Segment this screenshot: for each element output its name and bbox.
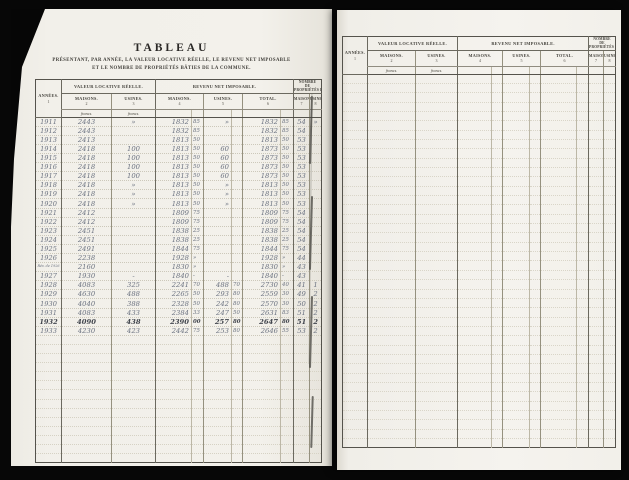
table-cell [458,177,492,186]
table-cell [112,426,156,435]
table-cell [368,289,416,298]
table-cell [530,140,541,149]
table-cell [503,382,530,391]
table-cell [541,102,577,111]
table-row: 191724181001813506018735053 [36,172,322,181]
table-cell [243,354,281,363]
year-cell: 1917 [36,172,62,181]
table-cell: 1813 [156,181,192,190]
table-cell [204,135,232,144]
table-cell [204,208,232,217]
table-cell [36,417,62,426]
header-group-vlr: VALEUR LOCATIVE RÉELLE. [62,80,156,94]
table-cell: 1813 [156,135,192,144]
table-cell [530,83,541,92]
table-cell [492,93,503,102]
table-cell: 2559 [243,290,281,299]
table-cell: 100 [112,163,156,172]
table-cell [604,336,616,345]
table-cell [541,354,577,363]
table-row: 1913241318135018135053 [36,135,322,144]
empty-row [343,121,616,130]
table-cell [368,242,416,251]
table-cell [492,373,503,382]
table-cell [343,74,368,83]
table-cell [492,392,503,401]
table-cell [541,261,577,270]
table-cell [589,336,604,345]
table-cell: 51 [294,317,310,326]
table-cell [503,410,530,419]
table-cell [577,177,589,186]
table-cell [577,196,589,205]
table-cell [541,205,577,214]
table-cell [310,381,322,390]
table-row: 1930404038823285024280257030502 [36,299,322,308]
table-cell [232,408,243,417]
table-cell [458,280,492,289]
table-cell [530,401,541,410]
table-cell: 2412 [62,208,112,217]
table-cell [503,270,530,279]
empty-row [343,111,616,120]
year-cell: 1929 [36,290,62,299]
year-cell: 1921 [36,208,62,217]
table-cell [232,217,243,226]
empty-row [343,224,616,233]
table-cell [503,205,530,214]
table-cell [541,373,577,382]
table-cell [503,186,530,195]
year-cell: 1930 [36,299,62,308]
table-cell: » [281,263,294,272]
table-cell [503,429,530,438]
table-cell [112,335,156,344]
table-cell [156,408,192,417]
table-cell: 242 [204,299,232,308]
table-cell [458,205,492,214]
table-cell [604,261,616,270]
table-cell: 80 [232,290,243,299]
table-cell [416,102,458,111]
table-cell [112,235,156,244]
table-cell [368,168,416,177]
table-cell: 1813 [156,163,192,172]
table-cell [294,381,310,390]
table-cell [112,126,156,135]
table-cell [156,363,192,372]
table-cell [492,158,503,167]
table-cell [492,111,503,120]
table-cell [492,364,503,373]
table-cell [589,214,604,223]
table-cell: 2265 [156,290,192,299]
table-cell [343,149,368,158]
table-cell [458,111,492,120]
table-cell [541,270,577,279]
table-row: 1922241218097518097554 [36,217,322,226]
table-cell [589,168,604,177]
subheader-nb-maisons: MAISONS. 7 [589,50,604,66]
table-cell [530,111,541,120]
table-cell: 1809 [243,208,281,217]
table-cell [156,399,192,408]
table-cell [530,205,541,214]
table-cell [232,272,243,281]
table-cell [368,354,416,363]
table-cell [232,372,243,381]
table-cell [36,399,62,408]
empty-row [36,344,322,353]
subheader-vlr-maisons: MAISONS. 2 [62,93,112,109]
table-cell [530,186,541,195]
empty-row [343,280,616,289]
table-cell [458,121,492,130]
table-cell: - [204,272,232,281]
table-cell [503,401,530,410]
table-cell: 4230 [62,326,112,335]
table-cell: 53 [294,144,310,153]
table-cell: 1840 [156,272,192,281]
table-cell [232,454,243,463]
empty-row [36,390,322,399]
table-cell [492,401,503,410]
table-cell: 488 [204,281,232,290]
table-cell [530,317,541,326]
table-cell: 30 [281,290,294,299]
table-cell [416,252,458,261]
table-cell [458,317,492,326]
table-cell [192,426,204,435]
table-cell: 2413 [62,135,112,144]
table-cell [62,399,112,408]
table-cell [492,224,503,233]
table-cell [577,261,589,270]
table-cell [204,235,232,244]
subheader-rni-maisons: MAISONS. 4 [156,93,204,109]
table-cell: 53 [294,153,310,162]
table-cell [232,344,243,353]
table-cell [492,177,503,186]
table-cell [294,426,310,435]
table-cell: 50 [192,199,204,208]
header-annees: ANNÉES. 1 [36,80,62,118]
table-cell [458,373,492,382]
table-cell [541,308,577,317]
table-cell [492,186,503,195]
table-cell [458,420,492,429]
empty-row [343,93,616,102]
table-cell [589,298,604,307]
table-cell: 1813 [156,153,192,162]
table-cell [577,149,589,158]
table-cell [204,217,232,226]
table-cell [243,335,281,344]
table-cell: 50 [232,308,243,317]
table-cell [589,382,604,391]
table-cell: 50 [281,163,294,172]
table-cell: 1873 [243,163,281,172]
subheader-rni-total: TOTAL. 6 [541,50,589,66]
table-row: 192622381928»1928»44 [36,254,322,263]
table-cell: 50 [192,163,204,172]
table-cell [541,111,577,120]
table-cell: 100 [112,153,156,162]
table-cell [604,354,616,363]
table-cell [503,177,530,186]
table-cell [541,289,577,298]
table-cell [343,102,368,111]
table-cell [294,354,310,363]
subheader-nb-maisons: MAISONS. 7 [294,93,310,109]
table-cell: 75 [281,217,294,226]
year-cell: 1926 [36,254,62,263]
table-cell [492,298,503,307]
right-table-body [343,74,616,448]
table-cell: 1930 [62,272,112,281]
table-cell [416,130,458,139]
table-cell [589,308,604,317]
table-cell [530,214,541,223]
table-cell [589,74,604,83]
table-cell [577,354,589,363]
table-cell: » [112,117,156,126]
table-cell [243,344,281,353]
table-cell [541,130,577,139]
table-cell: 44 [294,254,310,263]
table-cell [416,205,458,214]
subheader-nb-usines: USINES. 8 [604,50,616,66]
left-table-body: 19112443»183285»18328554»191224431832851… [36,117,322,463]
table-cell [343,93,368,102]
table-cell [310,163,322,172]
table-cell [577,289,589,298]
table-cell: 247 [204,308,232,317]
table-cell [416,392,458,401]
table-cell [368,280,416,289]
table-cell: 2418 [62,199,112,208]
table-cell [492,289,503,298]
table-cell [604,317,616,326]
table-cell [343,140,368,149]
year-cell: 1922 [36,217,62,226]
table-cell: 53 [294,199,310,208]
table-cell [589,317,604,326]
table-cell [458,401,492,410]
year-cell: 1932 [36,317,62,326]
table-cell: 1813 [156,199,192,208]
table-cell [416,354,458,363]
table-cell: 70 [192,281,204,290]
table-cell [492,140,503,149]
subheader-rni-total: TOTAL. 6 [243,93,294,109]
table-cell [458,364,492,373]
table-cell [541,233,577,242]
table-cell: 1813 [156,144,192,153]
table-row: 19182418»181350»18135053 [36,181,322,190]
table-cell [368,270,416,279]
table-cell [458,382,492,391]
table-cell: 50 [281,135,294,144]
table-cell: 50 [192,190,204,199]
table-cell [589,326,604,335]
table-cell [243,417,281,426]
table-cell [503,308,530,317]
table-cell [589,93,604,102]
table-cell [204,454,232,463]
table-cell [281,335,294,344]
table-cell [589,224,604,233]
table-cell [541,83,577,92]
subheader-rni-usines: USINES. 5 [204,93,243,109]
table-cell: 1838 [156,226,192,235]
table-cell [416,317,458,326]
table-cell: 50 [281,190,294,199]
empty-row [343,420,616,429]
table-row: 191524181001813506018735053 [36,153,322,162]
table-cell [232,235,243,244]
table-cell [530,345,541,354]
table-cell [530,196,541,205]
page-title: TABLEAU [11,42,332,54]
table-cell [530,382,541,391]
table-cell [368,308,416,317]
table-cell [503,214,530,223]
table-cell: 85 [192,126,204,135]
table-cell [192,372,204,381]
table-cell: 85 [281,126,294,135]
year-cell: 1924 [36,235,62,244]
table-cell [458,93,492,102]
table-cell [112,208,156,217]
table-cell: 50 [294,299,310,308]
table-cell [416,308,458,317]
table-cell [530,298,541,307]
table-cell [368,111,416,120]
table-cell [492,252,503,261]
table-row: 19192418»181350»18135053 [36,190,322,199]
table-cell [541,410,577,419]
table-cell [589,102,604,111]
table-cell [310,153,322,162]
table-cell: 433 [112,308,156,317]
table-cell [577,308,589,317]
table-cell [530,168,541,177]
table-cell: » [204,181,232,190]
table-cell [492,354,503,363]
table-cell [541,186,577,195]
table-cell [530,326,541,335]
table-cell [232,399,243,408]
table-row: 191624181001813506018735053 [36,163,322,172]
table-cell [604,177,616,186]
table-cell [577,298,589,307]
year-cell: 1919 [36,190,62,199]
table-cell: 4630 [62,290,112,299]
table-cell [604,401,616,410]
table-cell [62,390,112,399]
table-cell: 80 [232,326,243,335]
table-cell [589,83,604,92]
table-cell [416,280,458,289]
table-cell [604,111,616,120]
empty-row [343,317,616,326]
table-cell [156,454,192,463]
table-cell [589,420,604,429]
table-cell: 438 [112,317,156,326]
table-cell: 1840 [243,272,281,281]
table-cell: 2328 [156,299,192,308]
table-cell [577,242,589,251]
table-cell [458,149,492,158]
table-cell [458,326,492,335]
table-cell [416,149,458,158]
table-cell [368,345,416,354]
empty-row [343,83,616,92]
table-cell [604,121,616,130]
table-cell [604,252,616,261]
table-cell [310,272,322,281]
table-cell [416,382,458,391]
table-cell: 50 [192,181,204,190]
table-cell: 1928 [156,254,192,263]
table-cell: 40 [281,281,294,290]
table-cell: 43 [294,263,310,272]
table-cell [577,93,589,102]
table-cell: 293 [204,290,232,299]
table-cell [577,326,589,335]
table-cell [156,335,192,344]
table-cell [530,130,541,139]
table-cell [492,102,503,111]
empty-row [343,364,616,373]
table-cell: 2418 [62,144,112,153]
table-cell: 53 [294,326,310,335]
table-cell: 83 [281,308,294,317]
table-cell [458,158,492,167]
table-cell [589,439,604,448]
table-cell [503,252,530,261]
table-cell [577,74,589,83]
table-cell [343,130,368,139]
table-cell [541,401,577,410]
table-cell [416,93,458,102]
table-cell [343,233,368,242]
table-cell: 50 [281,144,294,153]
table-cell: 2418 [62,153,112,162]
empty-row [36,354,322,363]
table-cell [232,135,243,144]
table-cell [541,93,577,102]
table-cell [204,244,232,253]
table-cell [232,363,243,372]
table-cell [541,196,577,205]
table-cell: 53 [294,135,310,144]
table-cell [416,74,458,83]
table-cell [604,373,616,382]
table-cell [458,410,492,419]
table-cell [589,429,604,438]
table-cell [589,111,604,120]
table-cell [294,417,310,426]
table-cell [541,149,577,158]
table-cell [492,261,503,270]
table-cell [232,172,243,181]
table-cell [192,435,204,444]
table-cell: 85 [192,117,204,126]
table-cell [232,199,243,208]
table-cell [604,410,616,419]
